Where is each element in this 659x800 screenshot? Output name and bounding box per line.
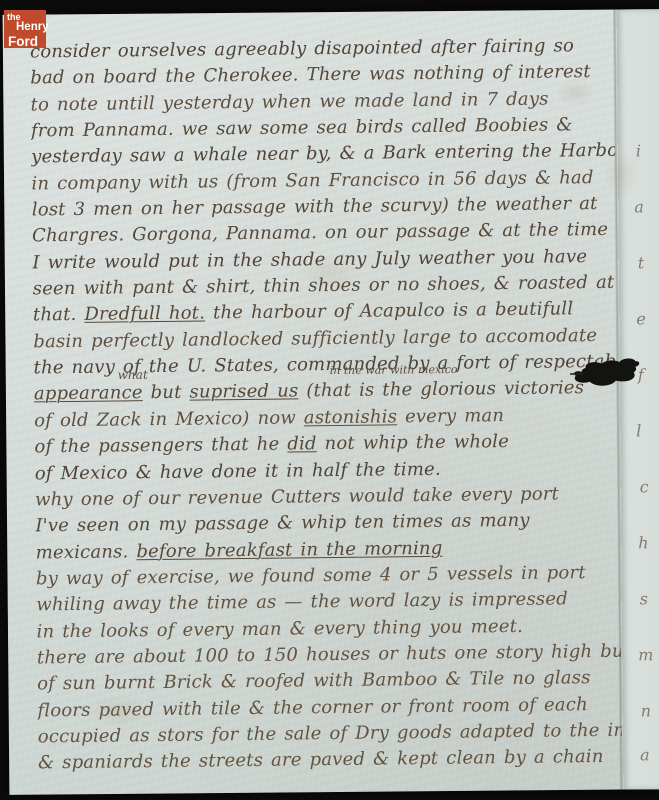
manuscript-text: yesterday saw a whale near by, & a Bark … <box>31 140 615 168</box>
manuscript-text: mexicans. <box>36 541 137 563</box>
manuscript-text: whiling away the time as — the word lazy… <box>36 589 568 616</box>
manuscript-text: before breakfast in the morning <box>136 537 442 561</box>
interlinear-insertions: whatin the war with mexico <box>3 9 659 15</box>
manuscript-text: consider ourselves agreeably disapointed… <box>30 35 574 62</box>
ink-blot <box>570 353 642 394</box>
manuscript-text: did <box>287 433 317 454</box>
adjacent-page-fragment: h <box>638 533 648 552</box>
manuscript-text: in company with us (from San Francisco i… <box>31 167 593 194</box>
manuscript-text: suprised us <box>189 381 298 403</box>
manuscript-text: of sun burnt Brick & roofed with Bamboo … <box>37 667 591 694</box>
adjacent-page-fragment: m <box>638 645 653 664</box>
manuscript-text: (that is the glorious victories <box>298 378 584 402</box>
manuscript-text: I've seen on my passage & whip ten times… <box>35 510 530 537</box>
adjacent-page-fragment: n <box>641 701 651 720</box>
manuscript-text: & spaniards the streets are paved & kept… <box>38 746 604 773</box>
manuscript-text: floors paved with tile & the corner or f… <box>37 694 588 721</box>
manuscript-text: occupied as stors for the sale of Dry go… <box>38 719 622 747</box>
manuscript-text: of the passengers that he <box>34 434 287 458</box>
adjacent-page-fragment: a <box>634 197 644 216</box>
manuscript-text: every man <box>397 405 504 427</box>
manuscript-text: lost 3 men on her passage with the scurv… <box>32 193 598 220</box>
manuscript-text: why one of our revenue Cutters would tak… <box>35 483 559 510</box>
adjacent-page-fragment: i <box>636 141 641 160</box>
adjacent-page-fragment: l <box>636 421 641 440</box>
manuscript-text: appearance <box>34 383 143 405</box>
manuscript-text: astonishis <box>304 406 397 428</box>
adjacent-page-fragment: t <box>638 253 645 272</box>
manuscript-text: to note untill yesterday when we made la… <box>30 88 548 115</box>
adjacent-page-fragment: c <box>640 477 649 496</box>
manuscript-text: but <box>143 382 190 404</box>
manuscript-text: of Mexico & have done it in half the tim… <box>35 458 441 484</box>
manuscript-text: there are about 100 to 150 houses or hut… <box>37 640 621 668</box>
manuscript-line: & spaniards the streets are paved & kept… <box>38 744 622 777</box>
logo-word-henry: Henry <box>16 22 46 34</box>
adjacent-page-fragment: e <box>636 309 646 328</box>
henry-ford-logo: the Henry Ford <box>4 10 46 48</box>
adjacent-page-fragment: a <box>640 745 650 764</box>
manuscript-text: Chargres. Gorgona, Pannama. on our passa… <box>32 219 608 247</box>
manuscript-text: of old Zack in Mexico) now <box>34 407 304 431</box>
interlinear-insertion: in the war with mexico <box>330 363 458 377</box>
edge-fragments: iateflchsmna <box>3 9 659 15</box>
logo-word-ford: Ford <box>8 35 46 49</box>
manuscript-text: basin perfectly landlocked sufficiently … <box>33 325 597 352</box>
manuscript-text: in the looks of every man & every thing … <box>36 615 523 642</box>
manuscript-text: seen with pant & shirt, thin shoes or no… <box>33 272 615 300</box>
manuscript-text: not whip the whole <box>317 431 510 454</box>
interlinear-insertion: what <box>118 368 148 382</box>
manuscript-text: the harbour of Acapulco is a beutifull <box>205 299 573 324</box>
manuscript-text: by way of exercise, we found some 4 or 5… <box>36 562 586 589</box>
manuscript-text: from Pannama. we saw some sea birds call… <box>31 114 573 141</box>
letter-page: consider ourselves agreeably disapointed… <box>3 9 659 795</box>
manuscript-text: Dredfull hot. <box>84 303 205 325</box>
adjacent-page-sliver <box>617 9 659 789</box>
manuscript-text: that. <box>33 304 85 326</box>
handwritten-text-block: consider ourselves agreeably disapointed… <box>30 33 622 777</box>
manuscript-text: bad on board the Cherokee. There was not… <box>30 61 591 88</box>
adjacent-page-fragment: s <box>640 589 648 608</box>
manuscript-text: I write would put in the shade any July … <box>32 246 587 273</box>
